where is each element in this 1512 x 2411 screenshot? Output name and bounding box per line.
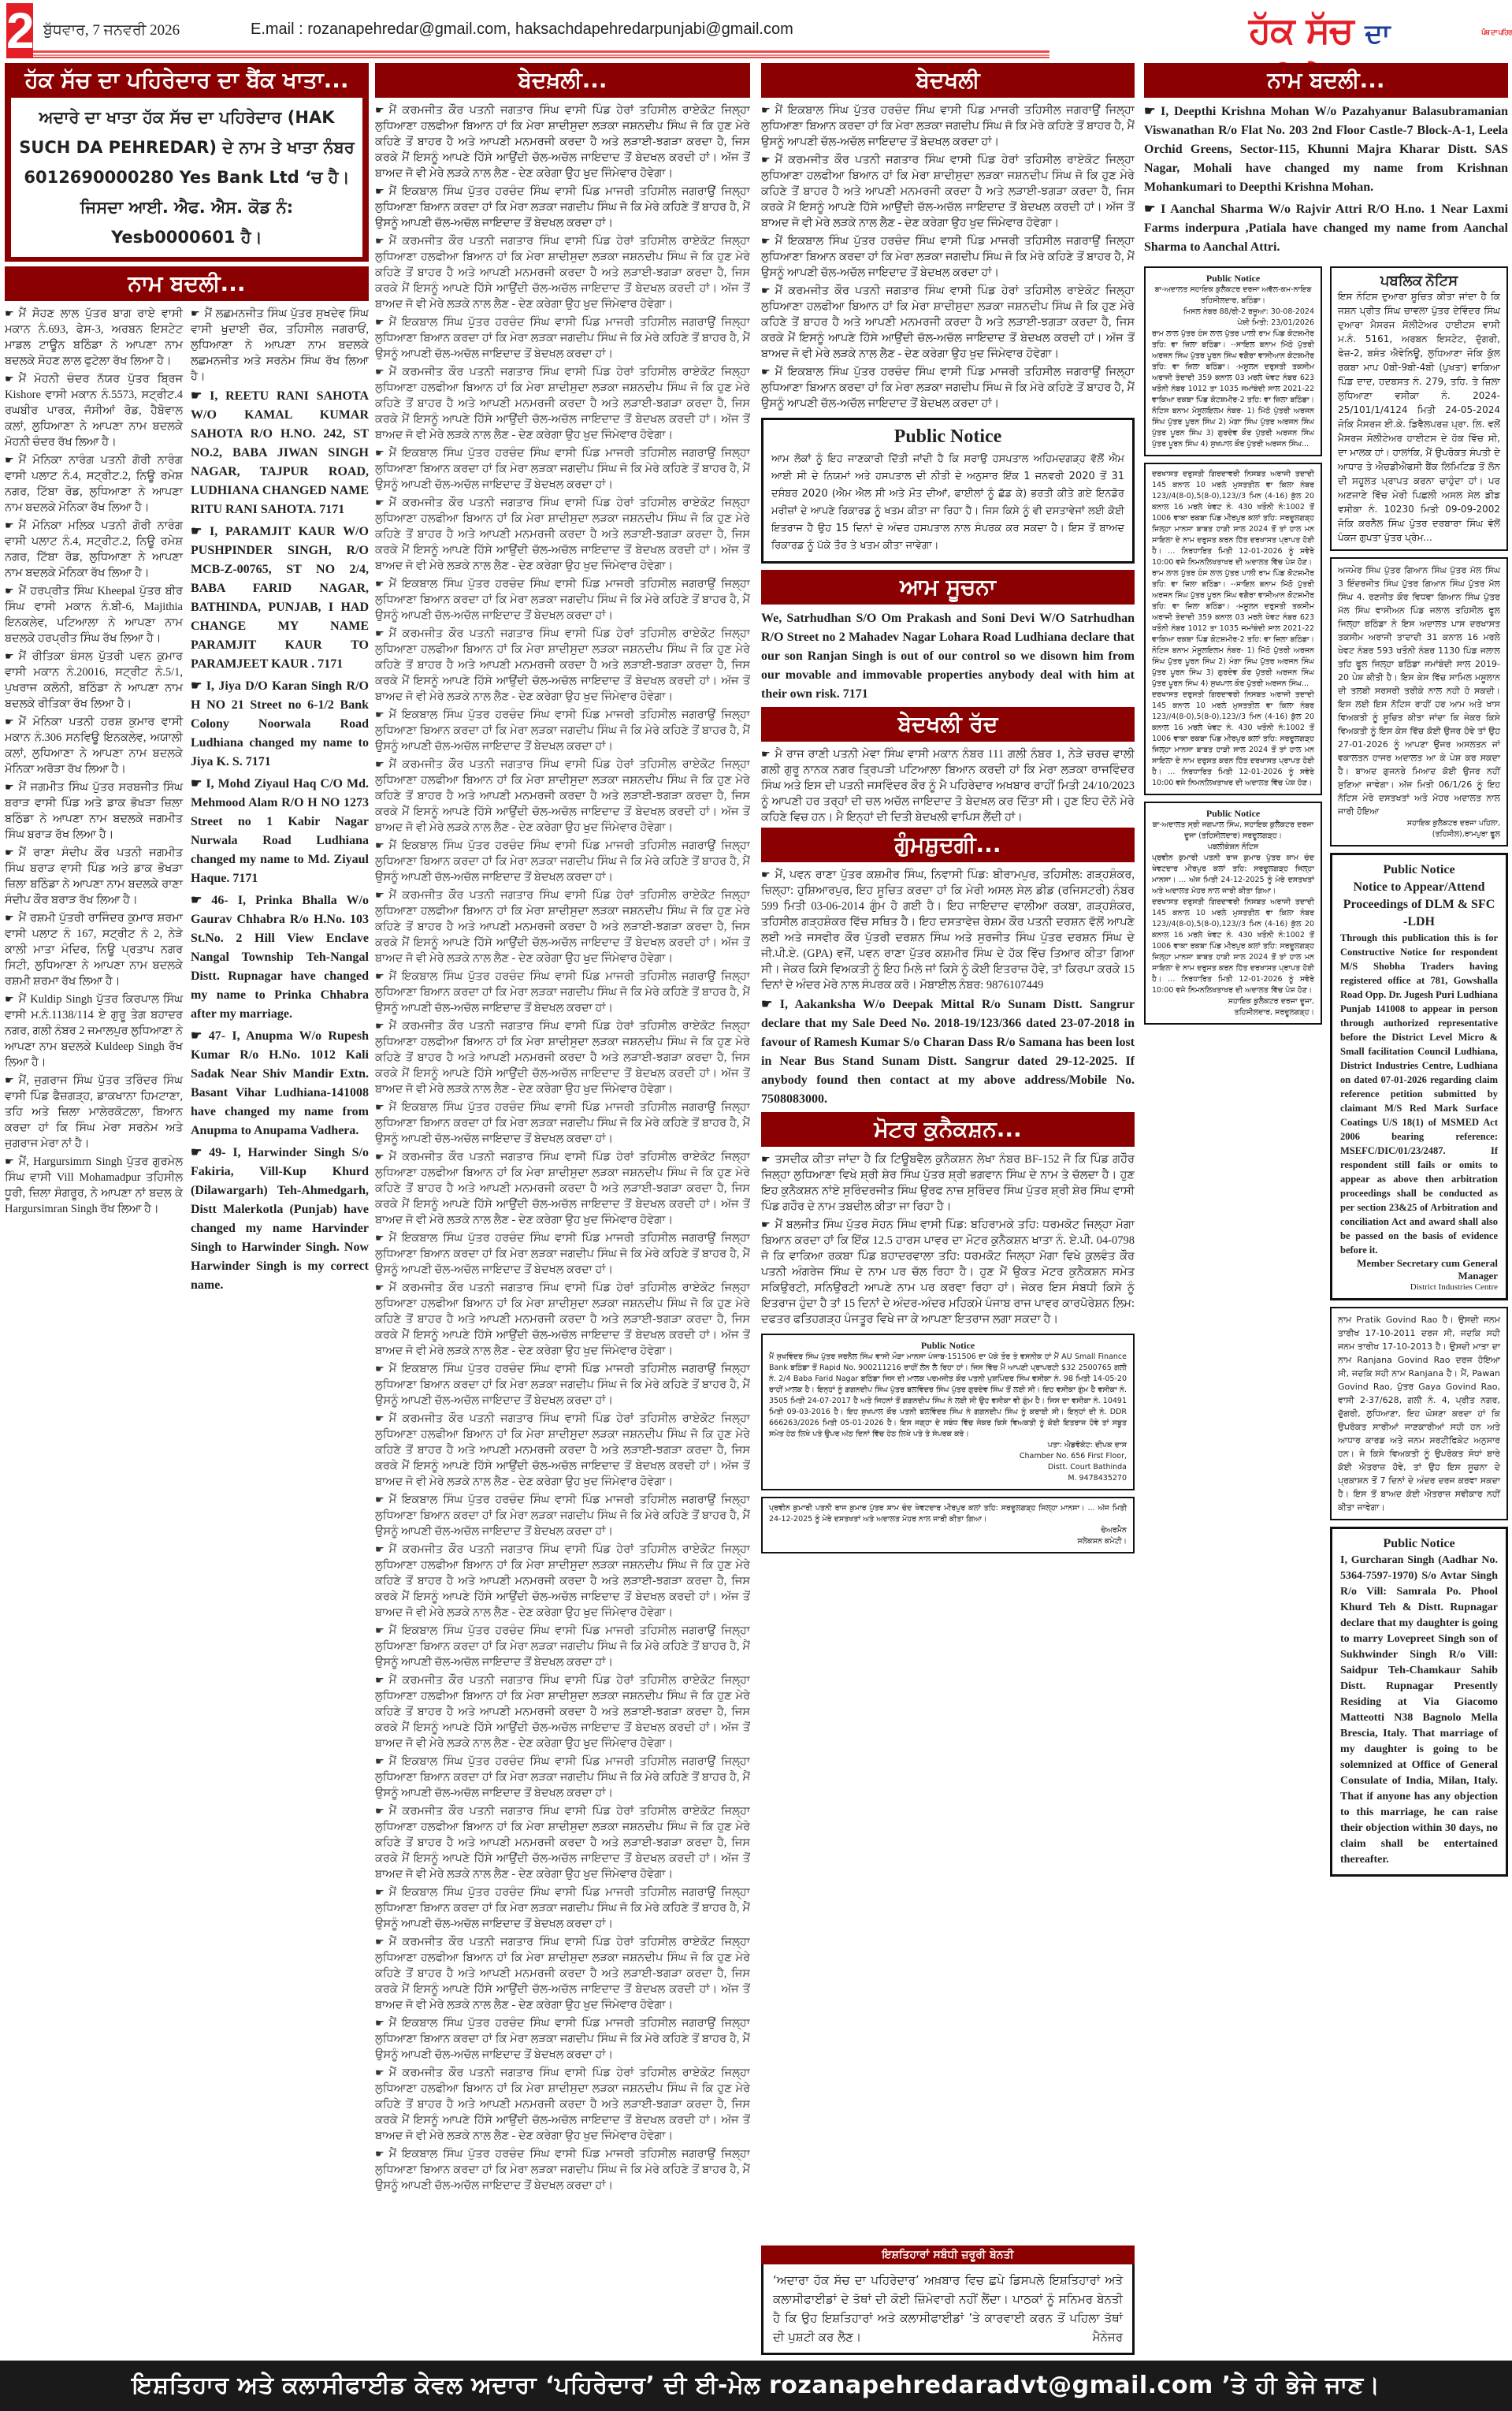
notice-title: Public Notice [1152,808,1314,820]
pointing-hand-icon: ☛ [5,781,14,793]
pointing-hand-icon: ☛ [1144,105,1155,118]
contact-emails: E.mail : rozanapehredar@gmail.com, haksa… [251,20,793,39]
notice-body: ਰਾਮ ਲਾਲ ਪੁੱਤਰ ਹੰਸ ਲਾਲ ਪੁੱਤਰ ਪਾਲੀ ਰਾਮ ਪਿੰ… [1152,329,1314,450]
notice-court: ਬਾ-ਅਦਾਲਤ ਸ੍ਰੀ ਜਗਪਾਲ ਸਿੰਘ, ਸਹਾਇਕ ਕੁਲੈਕਟਰ … [1152,820,1314,842]
pointing-hand-icon: ☛ [761,869,771,880]
list-item: ☛ਮੈਂ ਕਰਮਜੀਤ ਕੌਰ ਪਤਨੀ ਜਗਤਾਰ ਸਿੰਘ ਵਾਸੀ ਪਿੰ… [375,1803,750,1882]
bank-heading: ਹੱਕ ਸੱਚ ਦਾ ਪਹਿਰੇਦਾਰ ਦਾ ਬੈਂਕ ਖਾਤਾ... [5,63,369,98]
list-item: ☛ਮੈਂ ਇਕਬਾਲ ਸਿੰਘ ਪੁੱਤਰ ਹਰਚੰਦ ਸਿੰਘ ਵਾਸੀ ਪਿ… [375,1099,750,1147]
pointing-hand-icon: ☛ [375,839,385,851]
column-notices: ਬੇਦਖਲੀ ☛ਮੈਂ ਇਕਬਾਲ ਸਿੰਘ ਪੁੱਤਰ ਹਰਚੰਦ ਸਿੰਘ … [761,63,1135,2355]
list-item: ☛ਮੈਂ, Hargursimrn Singh ਪੁੱਤਰ ਗੁਰਮੇਲ ਸਿੰ… [5,1154,183,1217]
pointing-hand-icon: ☛ [5,1155,14,1167]
notice-title: Public Notice [1152,273,1314,285]
court-notice-rampura: ਅਜਮੇਰ ਸਿੰਘ ਪੁੱਤਰ ਗਿਆਨ ਸਿੰਘ ਪੁੱਤਰ ਮੱਲ ਸਿੰ… [1330,557,1508,846]
bank-account-box: ਹੱਕ ਸੱਚ ਦਾ ਪਹਿਰੇਦਾਰ ਦਾ ਬੈਂਕ ਖਾਤਾ... ਅਦਾਰ… [5,63,369,262]
name-change-list: ☛ਮੈਂ ਸੋਹਣ ਲਾਲ ਪੁੱਤਰ ਬਾਗ ਰਾਏ ਵਾਸੀ ਮਕਾਨ ਨੰ… [5,306,369,1298]
list-item: ☛ਮੈਂ ਇਕਬਾਲ ਸਿੰਘ ਪੁੱਤਰ ਹਰਚੰਦ ਸਿੰਘ ਵਾਸੀ ਪਿ… [375,1361,750,1408]
list-item: ☛ I, Jiya D/O Karan Singh R/O H NO 21 St… [191,677,369,772]
notice-address-label: ਪਤਾ: ਐਡਵੋਕੇਟ: ਦੀਪਕ ਦਾਸ [769,1440,1127,1451]
notices-grid: Public Notice ਬਾ-ਅਦਾਲਤ ਸਹਾਇਕ ਕੁਲੈਕਟਰ ਦਰਜ… [1144,260,1508,1883]
general-notice-heading: ਆਮ ਸੂਚਨਾ [761,570,1135,605]
court-notice-sardulgarh: Public Notice ਬਾ-ਅਦਾਲਤ ਸ੍ਰੀ ਜਗਪਾਲ ਸਿੰਘ, … [1144,802,1322,1025]
list-item: ☛ਮੈਂ ਮੋਨਿਕਾ ਨਾਰੰਗ ਪਤਨੀ ਗੋਰੀ ਨਾਰੰਗ ਵਾਸੀ ਪ… [5,452,183,515]
list-item: ☛ਮੈਂ ਕਰਮਜੀਤ ਕੌਰ ਪਤਨੀ ਜਗਤਾਰ ਸਿੰਘ ਵਾਸੀ ਪਿੰ… [375,2065,750,2144]
list-item: ☛ਮੈ ਰਾਜ ਰਾਣੀ ਪਤਨੀ ਮੇਵਾ ਸਿੰਘ ਵਾਸੀ ਮਕਾਨ ਨੰ… [761,746,1135,825]
pointing-hand-icon: ☛ [375,2148,385,2160]
pointing-hand-icon: ☛ [5,846,14,858]
name-change-heading: ਨਾਮ ਬਦਲੀ... [5,266,369,301]
list-item: ☛ਮੈਂ ਇਕਬਾਲ ਸਿੰਘ ਪੁੱਤਰ ਹਰਚੰਦ ਸਿੰਘ ਵਾਸੀ ਪਿ… [375,707,750,754]
pointing-hand-icon: ☛ [191,389,202,403]
pointing-hand-icon: ☛ [375,578,385,590]
disownment-heading-2: ਬੇਦਖਲੀ [761,63,1135,98]
pointing-hand-icon: ☛ [375,316,385,328]
pointing-hand-icon: ☛ [761,748,771,760]
pointing-hand-icon: ☛ [375,1151,385,1163]
list-item: ☛ਮੈਂ ਕਰਮਜੀਤ ਕੌਰ ਪਤਨੀ ਜਗਤਾਰ ਸਿੰਘ ਵਾਸੀ ਪਿੰ… [375,1672,750,1751]
list-item: ☛ਮੈਂ ਕਰਮਜੀਤ ਕੌਰ ਪਤਨੀ ਜਗਤਾਰ ਸਿੰਘ ਵਾਸੀ ਪਿੰ… [375,626,750,705]
notice-title-3: Proceedings of DLM & SFC -LDH [1340,896,1498,931]
notice-title-1: Public Notice [1340,861,1498,879]
issue-date: ਬੁੱਧਵਾਰ, 7 ਜਨਵਰੀ 2026 [43,22,180,39]
pointing-hand-icon: ☛ [191,894,202,907]
name-change-heading-2: ਨਾਮ ਬਦਲੀ... [1144,63,1508,98]
list-item: ☛ਮੈਂ ਕਰਮਜੀਤ ਕੌਰ ਪਤਨੀ ਜਗਤਾਰ ਸਿੰਘ ਵਾਸੀ ਪਿੰ… [375,1149,750,1228]
marriage-public-notice: Public Notice I, Gurcharan Singh (Aadhar… [1330,1527,1508,1877]
pointing-hand-icon: ☛ [761,366,771,378]
notice-sign-2: (ਤਹਿਸੀਲ),ਰਾਮਪੁਰਾ ਫੂਲ [1338,829,1500,840]
pointing-hand-icon: ☛ [1144,203,1155,216]
pointing-hand-icon: ☛ [761,104,771,116]
notices-right: ਪਬਲਿਕ ਨੋਟਿਸ ਇਸ ਨੋਟਿਸ ਦੁਆਰਾ ਸੂਚਿਤ ਕੀਤਾ ਜਾ… [1330,260,1508,1883]
logo-text-1: ਹੱਕ ਸੱਚ [1249,9,1353,51]
list-item: ☛ I, PARAMJIT KAUR W/O PUSHPINDER SINGH,… [191,523,369,674]
pointing-hand-icon: ☛ [375,627,385,639]
pointing-hand-icon: ☛ [191,1029,202,1043]
list-item: ☛ਮੈਂ ਸੋਹਣ ਲਾਲ ਪੁੱਤਰ ਬਾਗ ਰਾਏ ਵਾਸੀ ਮਕਾਨ ਨੰ… [5,306,183,369]
list-item: ☛ਮੈਂ ਕਰਮਜੀਤ ਕੌਰ ਪਤਨੀ ਜਗਤਾਰ ਸਿੰਘ ਵਾਸੀ ਪਿੰ… [375,102,750,181]
pointing-hand-icon: ☛ [761,1219,771,1230]
disownment-heading: ਬੇਦਖ਼ਲੀ... [375,63,750,98]
pointing-hand-icon: ☛ [5,307,14,319]
pointing-hand-icon: ☛ [761,1153,771,1165]
disclaimer-box: ਇਸ਼ਤਿਹਾਰਾਂ ਸਬੰਧੀ ਜ਼ਰੂਰੀ ਬੇਨਤੀ ‘ਅਦਾਰਾ ਹੱਕ… [761,2245,1135,2355]
notice-next-date: ਪੇਸ਼ੀ ਮਿਤੀ: 23/01/2026 [1152,318,1314,329]
notice-body: ਪ੍ਰਵੀਨ ਕੁਮਾਰੀ ਪਤਨੀ ਰਾਜ ਕੁਮਾਰ ਪੁੱਤਰ ਸ਼ਾਮ … [769,1503,1127,1525]
notice-body: Through this publication this is for Con… [1340,931,1498,1257]
pointing-hand-icon: ☛ [191,679,202,693]
court-notice-bathinda: Public Notice ਬਾ-ਅਦਾਲਤ ਸਹਾਇਕ ਕੁਲੈਕਟਰ ਦਰਜ… [1144,266,1322,456]
list-item: ☛ਮੈਂ ਇਕਬਾਲ ਸਿੰਘ ਪੁੱਤਰ ਹਰਚੰਦ ਸਿੰਘ ਵਾਸੀ ਪਿ… [375,2015,750,2063]
list-item: ☛ਮੈਂ ਕਰਮਜੀਤ ਕੌਰ ਪਤਨੀ ਜਗਤਾਰ ਸਿੰਘ ਵਾਸੀ ਪਿੰ… [375,1934,750,2013]
notice-case-no: ਮਿਸਲ ਨੰਬਰ 88/ਰੀ-2 ਰਜੂਆ: 30-08-2024 [1152,307,1314,318]
pointing-hand-icon: ☛ [5,716,14,727]
page-number: 2 [6,3,33,58]
notices-left: Public Notice ਬਾ-ਅਦਾਲਤ ਸਹਾਇਕ ਕੁਲੈਕਟਰ ਦਰਜ… [1144,260,1322,1883]
disclaimer-heading: ਇਸ਼ਤਿਹਾਰਾਂ ਸਬੰਧੀ ਜ਼ਰੂਰੀ ਬੇਨਤੀ [761,2245,1135,2264]
bank-account-number: 6012690000280 Yes Bank Ltd ‘ਚ ਹੈ। [17,162,356,192]
pointing-hand-icon: ☛ [375,1494,385,1505]
notice-sign-2: ਤਹਿਸੀਲਦਾਰ, ਸਰਦੂਲਗੜ੍ਹ। [1152,1007,1314,1018]
lost-document-heading: ਗੁੰਮਸ਼ੁਦਗੀ... [761,828,1135,862]
list-item: ☛ਮੈਂ ਕਰਮਜੀਤ ਕੌਰ ਪਤਨੀ ਜਗਤਾਰ ਸਿੰਘ ਵਾਸੀ ਪਿੰ… [375,1542,750,1620]
list-item: ☛ I, REETU RANI SAHOTA W/O KAMAL KUMAR S… [191,387,369,519]
pointing-hand-icon: ☛ [191,777,202,791]
pointing-hand-icon: ☛ [375,104,385,116]
pointing-hand-icon: ☛ [191,525,202,538]
list-item: ☛ਮੈਂ ਰਸ਼ਮੀ ਪੁੱਤਰੀ ਰਾਜਿੰਦਰ ਕੁਮਾਰ ਸ਼ਰਮਾ ਵਾ… [5,910,183,989]
bank-loan-public-notice: Public Notice ਮੈਂ ਸੁਖਵਿੰਦਰ ਸਿੰਘ ਪੁੱਤਰ ਜਰ… [761,1334,1135,1490]
list-item: ☛ਮੈਂ ਕਰਮਜੀਤ ਕੌਰ ਪਤਨੀ ਜਗਤਾਰ ਸਿੰਘ ਵਾਸੀ ਪਿੰ… [375,233,750,312]
pointing-hand-icon: ☛ [375,758,385,770]
column-bank-and-name-change: ਹੱਕ ਸੱਚ ਦਾ ਪਹਿਰੇਦਾਰ ਦਾ ਬੈਂਕ ਖਾਤਾ... ਅਦਾਰ… [5,63,369,2355]
punjabi-public-notice: ਪਬਲਿਕ ਨੋਟਿਸ ਇਸ ਨੋਟਿਸ ਦੁਆਰਾ ਸੂਚਿਤ ਕੀਤਾ ਜਾ… [1330,266,1508,551]
list-item: ☛ਮੈਂ ਬਲਜੀਤ ਸਿੰਘ ਪੁੱਤਰ ਸੋਹਨ ਸਿੰਘ ਵਾਸੀ ਪਿੰ… [761,1217,1135,1327]
pointing-hand-icon: ☛ [375,1412,385,1424]
list-item: ☛ਮੈਂ ਇਕਬਾਲ ਸਿੰਘ ਪੁੱਤਰ ਹਰਚੰਦ ਸਿੰਘ ਵਾਸੀ ਪਿ… [761,364,1135,411]
list-item: ☛ I, Deepthi Krishna Mohan W/o Pazahyanu… [1144,102,1508,197]
list-item: ☛ਮੈਂ ਕਰਮਜੀਤ ਕੌਰ ਪਤਨੀ ਜਗਤਾਰ ਸਿੰਘ ਵਾਸੀ ਪਿੰ… [375,495,750,574]
pointing-hand-icon: ☛ [375,1886,385,1898]
list-item: ☛ਮੈਂ ਇਕਬਾਲ ਸਿੰਘ ਪੁੱਤਰ ਹਰਚੰਦ ਸਿੰਘ ਵਾਸੀ ਪਿ… [761,102,1135,150]
court-notice-mirpur: ਦਰਖਾਸਤ ਦਰੁਸਤੀ ਗਿਰਦਾਵਰੀ ਨਿਸਬਤ ਅਰਾਜੀ ਤਦਾਦੀ… [1144,463,1322,795]
pointing-hand-icon: ☛ [375,1624,385,1636]
list-item: ☛ਮੈਂ ਇਕਬਾਲ ਸਿੰਘ ਪੁੱਤਰ ਹਰਚੰਦ ਸਿੰਘ ਵਾਸੀ ਪਿ… [375,184,750,231]
bank-ifsc: ਜਿਸਦਾ ਆਈ. ਐਫ. ਐਸ. ਕੋਡ ਨੰ: Yesb0000601 ਹੈ… [17,192,356,252]
list-item: ☛ਮੈਂ ਇਕਬਾਲ ਸਿੰਘ ਪੁੱਤਰ ਹਰਚੰਦ ਸਿੰਘ ਵਾਸੀ ਪਿ… [761,233,1135,281]
notice-body-cont: ਦਰਖਾਸਤ ਦਰੁਸਤੀ ਗਿਰਦਾਵਰੀ ਨਿਸਬਤ ਅਰਾਜੀ ਤਦਾਦੀ… [1152,897,1314,996]
notice-body: ਆਮ ਲੋਕਾਂ ਨੂੰ ਇਹ ਜਾਣਕਾਰੀ ਦਿੱਤੀ ਜਾਂਦੀ ਹੈ ਕ… [771,451,1124,555]
notice-sign-1: Member Secretary cum General Manager [1340,1257,1498,1282]
list-item: ☛ਮੈਂ ਇਕਬਾਲ ਸਿੰਘ ਪੁੱਤਰ ਹਰਚੰਦ ਸਿੰਘ ਵਾਸੀ ਪਿ… [375,1623,750,1670]
dlm-public-notice: Public Notice Notice to Appear/Attend Pr… [1330,853,1508,1300]
notice-title: Public Notice [771,426,1124,448]
pointing-hand-icon: ☛ [375,235,385,247]
list-item: ☛ਮੈਂ ਲਛਮਨਜੀਤ ਸਿੰਘ ਪੁੱਤਰ ਸੁਖਦੇਵ ਸਿੰਘ ਵਾਸੀ… [191,306,369,385]
pointing-hand-icon: ☛ [761,154,771,166]
list-item: ☛ਮੈਂ ਜਗਮੀਤ ਸਿੰਘ ਪੁੱਤਰ ਸਰਬਜੀਤ ਸਿੰਘ ਬਰਾੜ ਵ… [5,779,183,843]
notice-body-cont-2: ਦਰਖਾਸਤ ਦਰੁਸਤੀ ਗਿਰਦਾਵਰੀ ਨਿਸਬਤ ਅਰਾਜੀ ਤਦਾਦੀ… [1152,690,1314,789]
list-item: ☛ਮੈਂ ਇਕਬਾਲ ਸਿੰਘ ਪੁੱਤਰ ਹਰਚੰਦ ਸਿੰਘ ਵਾਸੀ ਪਿ… [375,314,750,362]
pointing-hand-icon: ☛ [375,1755,385,1767]
disownment-cancelled-heading: ਬੇਦਖਲੀ ਰੱਦ [761,707,1135,742]
pointing-hand-icon: ☛ [375,1543,385,1555]
notice-title: Public Notice [1340,1535,1498,1553]
committee-notice: ਪ੍ਰਵੀਨ ਕੁਮਾਰੀ ਪਤਨੀ ਰਾਜ ਕੁਮਾਰ ਪੁੱਤਰ ਸ਼ਾਮ … [761,1497,1135,1553]
pointing-hand-icon: ☛ [5,912,14,924]
pointing-hand-icon: ☛ [761,998,772,1011]
pointing-hand-icon: ☛ [375,709,385,720]
birth-correction-notice: ਨਾਮ Pratik Govind Rao ਹੈ। ਉਸਦੀ ਜਨਮ ਤਾਰੀਖ… [1330,1307,1508,1520]
general-notice-text: We, Satrhudhan S/O Om Prakash and Soni D… [761,609,1135,704]
pointing-hand-icon: ☛ [375,366,385,378]
list-item: ☛ਮੈਂ ਇਕਬਾਲ ਸਿੰਘ ਪੁੱਤਰ ਹਰਚੰਦ ਸਿੰਘ ਵਾਸੀ ਪਿ… [375,2146,750,2193]
notice-title: ਪਬਲਿਕ ਨੋਟਿਸ [1338,273,1500,289]
notice-subtitle: ਪਬਲੀਕੇਸ਼ਨ ਨੋਟਿਸ [1152,842,1314,853]
notice-body: ਅਜਮੇਰ ਸਿੰਘ ਪੁੱਤਰ ਗਿਆਨ ਸਿੰਘ ਪੁੱਤਰ ਮੱਲ ਸਿੰ… [1338,564,1500,818]
bank-text-1: ਅਦਾਰੇ ਦਾ ਖਾਤਾ ਹੱਕ ਸੱਚ ਦਾ ਪਹਿਰੇਦਾਰ (HAK S… [17,102,356,162]
list-item: ☛ਮੈਂ, ਜੁਗਰਾਜ ਸਿੰਘ ਪੁੱਤਰ ਤਰਿੰਦਰ ਸਿੰਘ ਵਾਸੀ… [5,1073,183,1152]
pointing-hand-icon: ☛ [761,235,771,247]
list-item: ☛ਮੈਂ ਇਕਬਾਲ ਸਿੰਘ ਪੁੱਤਰ ਹਰਚੰਦ ਸਿੰਘ ਵਾਸੀ ਪਿ… [375,445,750,493]
list-item: ☛ਮੈਂ ਰੀਤਿਕਾ ਬੰਸਲ ਪੁੱਤਰੀ ਪਵਨ ਕੁਮਾਰ ਵਾਸੀ ਮ… [5,649,183,712]
pointing-hand-icon: ☛ [375,497,385,508]
list-item: ☛ਮੈਂ ਕਰਮਜੀਤ ਕੌਰ ਪਤਨੀ ਜਗਤਾਰ ਸਿੰਘ ਵਾਸੀ ਪਿੰ… [761,283,1135,362]
pointing-hand-icon: ☛ [375,185,385,197]
pointing-hand-icon: ☛ [375,1936,385,1948]
pointing-hand-icon: ☛ [375,447,385,459]
list-item: ☛ਮੈਂ ਕਰਮਜੀਤ ਕੌਰ ਪਤਨੀ ਜਗਤਾਰ ਸਿੰਘ ਵਾਸੀ ਪਿੰ… [375,1280,750,1359]
name-change-right: ☛ਮੈਂ ਲਛਮਨਜੀਤ ਸਿੰਘ ਪੁੱਤਰ ਸੁਖਦੇਵ ਸਿੰਘ ਵਾਸੀ… [191,306,369,1298]
pointing-hand-icon: ☛ [5,1074,14,1086]
list-item: ☛ਮੈਂ ਇਕਬਾਲ ਸਿੰਘ ਪੁੱਤਰ ਹਰਚੰਦ ਸਿੰਘ ਵਾਸੀ ਪਿ… [375,1492,750,1539]
pointing-hand-icon: ☛ [191,307,200,319]
notice-body: ਨਾਮ Pratik Govind Rao ਹੈ। ਉਸਦੀ ਜਨਮ ਤਾਰੀਖ… [1338,1313,1500,1514]
notice-body: ਮੈਂ ਸੁਖਵਿੰਦਰ ਸਿੰਘ ਪੁੱਤਰ ਜਰਨੈਲ ਸਿੰਘ ਵਾਸੀ … [769,1352,1127,1440]
list-item: ☛ਮੈਂ ਕਰਮਜੀਤ ਕੌਰ ਪਤਨੀ ਜਗਤਾਰ ਸਿੰਘ ਵਾਸੀ ਪਿੰ… [375,757,750,835]
bank-details: ਅਦਾਰੇ ਦਾ ਖਾਤਾ ਹੱਕ ਸੱਚ ਦਾ ਪਹਿਰੇਦਾਰ (HAK S… [11,98,362,257]
list-item: ☛ਮੈਂ ਇਕਬਾਲ ਸਿੰਘ ਪੁੱਤਰ ਹਰਚੰਦ ਸਿੰਘ ਵਾਸੀ ਪਿ… [375,576,750,623]
pointing-hand-icon: ☛ [191,1146,202,1159]
pointing-hand-icon: ☛ [375,889,385,901]
motor-connection-heading: ਮੋਟਰ ਕੁਨੈਕਸ਼ਨ... [761,1112,1135,1147]
pointing-hand-icon: ☛ [761,285,771,296]
notice-title: Public Notice [769,1340,1127,1352]
pointing-hand-icon: ☛ [5,993,14,1005]
pointing-hand-icon: ☛ [375,970,385,982]
pointing-hand-icon: ☛ [5,373,14,385]
notice-sign-2: District Industries Centre [1340,1282,1498,1292]
notice-body-cont: ਰਾਮ ਲਾਲ ਪੁੱਤਰ ਹੰਸ ਲਾਲ ਪੁੱਤਰ ਪਾਲੀ ਰਾਮ ਪਿੰ… [1152,568,1314,690]
list-item: ☛ਮੈਂ ਮੋਨਿਕਾ ਮਲਿਕ ਪਤਨੀ ਗੋਰੀ ਨਾਰੰਗ ਵਾਸੀ ਪਲ… [5,518,183,581]
column-disownment: ਬੇਦਖ਼ਲੀ... ☛ਮੈਂ ਕਰਮਜੀਤ ਕੌਰ ਪਤਨੀ ਜਗਤਾਰ ਸਿ… [375,63,750,2355]
pointing-hand-icon: ☛ [375,2067,385,2078]
notice-body: I, Gurcharan Singh (Aadhar No. 5364-7597… [1340,1553,1498,1868]
list-item: ☛ਮੈਂ Kuldip Singh ਪੁੱਤਰ ਕਿਰਪਾਲ ਸਿੰਘ ਵਾਸੀ… [5,992,183,1070]
hospital-public-notice: Public Notice ਆਮ ਲੋਕਾਂ ਨੂੰ ਇਹ ਜਾਣਕਾਰੀ ਦਿ… [761,418,1135,564]
notice-sign-1: ਸਹਾਇਕ ਕੁਲੈਕਟਰ ਦਰਜਾ ਪਹਿਲਾ, [1338,818,1500,829]
list-item: ☛ I Aanchal Sharma W/o Rajvir Attri R/O … [1144,200,1508,257]
pointing-hand-icon: ☛ [5,585,14,597]
list-item: ☛ਮੈਂ ਹਰਪ੍ਰੀਤ ਸਿੰਘ Kheepal ਪੁੱਤਰ ਬੀਰ ਸਿੰਘ… [5,583,183,646]
list-item: ☛ਮੈਂ ਇਕਬਾਲ ਸਿੰਘ ਪੁੱਤਰ ਹਰਚੰਦ ਸਿੰਘ ਵਾਸੀ ਪਿ… [375,838,750,885]
list-item: ☛ਮੈਂ ਇਕਬਾਲ ਸਿੰਘ ਪੁੱਤਰ ਹਰਚੰਦ ਸਿੰਘ ਵਾਸੀ ਪਿ… [375,969,750,1016]
notice-body: ਇਸ ਨੋਟਿਸ ਦੁਆਰਾ ਸੂਚਿਤ ਕੀਤਾ ਜਾਂਦਾ ਹੈ ਕਿ ਜਸ… [1338,289,1500,545]
notice-body: ਦਰਖਾਸਤ ਦਰੁਸਤੀ ਗਿਰਦਾਵਰੀ ਨਿਸਬਤ ਅਰਾਜੀ ਤਦਾਦੀ… [1152,469,1314,568]
list-item: ☛ਮੈਂ ਇਕਬਾਲ ਸਿੰਘ ਪੁੱਤਰ ਹਰਚੰਦ ਸਿੰਘ ਵਾਸੀ ਪਿ… [375,1885,750,1932]
pointing-hand-icon: ☛ [375,1674,385,1686]
list-item: ☛ I, Mohd Ziyaul Haq C/O Md. Mehmood Ala… [191,775,369,888]
list-item: ☛ਮੈਂ ਕਰਮਜੀਤ ਕੌਰ ਪਤਨੀ ਜਗਤਾਰ ਸਿੰਘ ਵਾਸੀ ਪਿੰ… [375,887,750,966]
pointing-hand-icon: ☛ [375,1282,385,1293]
list-item: ☛ਮੈਂ ਕਰਮਜੀਤ ਕੌਰ ਪਤਨੀ ਜਗਤਾਰ ਸਿੰਘ ਵਾਸੀ ਪਿੰ… [375,364,750,443]
notice-court: ਬਾ-ਅਦਾਲਤ ਸਹਾਇਕ ਕੁਲੈਕਟਰ ਦਰਜਾ ਅਵੱਲ-ਕਮ-ਨਾਇਬ… [1152,285,1314,307]
pointing-hand-icon: ☛ [375,1363,385,1375]
footer-ad-email-banner: ਇਸ਼ਤਿਹਾਰ ਅਤੇ ਕਲਾਸੀਫਾਈਡ ਕੇਵਲ ਅਦਾਰਾ ‘ਪਹਿਰੇ… [0,2361,1512,2411]
pointing-hand-icon: ☛ [375,1232,385,1244]
column-name-change-english: ਨਾਮ ਬਦਲੀ... ☛ I, Deepthi Krishna Mohan W… [1144,63,1508,2355]
notice-sign-1: ਸਹਾਇਕ ਕੁਲੈਕਟਰ ਦਰਜਾ ਦੂਜਾ, [1152,996,1314,1007]
masthead-rule [33,50,1049,58]
list-item: ☛ਮੈਂ ਮੋਹਨੀ ਚੰਦਰ ਨੱਯਰ ਪੁੱਤਰ ਬ੍ਰਿਜ Kishore… [5,371,183,450]
notice-address-1: Chamber No. 656 First Floor, [769,1451,1127,1462]
name-change-left: ☛ਮੈਂ ਸੋਹਣ ਲਾਲ ਪੁੱਤਰ ਬਾਗ ਰਾਏ ਵਾਸੀ ਮਕਾਨ ਨੰ… [5,306,183,1298]
list-item: ☛ 49- I, Harwinder Singh S/o Fakiria, Vi… [191,1144,369,1295]
list-item: ☛ਮੈਂ ਇਕਬਾਲ ਸਿੰਘ ਪੁੱਤਰ ਹਰਚੰਦ ਸਿੰਘ ਵਾਸੀ ਪਿ… [375,1754,750,1801]
list-item: ☛ 46- I, Prinka Bhalla W/o Gaurav Chhabr… [191,891,369,1024]
list-item: ☛ਮੈਂ ਰਾਣਾ ਸੰਦੀਪ ਕੌਰ ਪਤਨੀ ਜਗਮੀਤ ਸਿੰਘ ਬਰਾੜ… [5,845,183,908]
disownment-more-items: ☛ਮੈਂ ਕਰਮਜੀਤ ਕੌਰ ਪਤਨੀ ਜਗਤਾਰ ਸਿੰਘ ਵਾਸੀ ਪਿੰ… [375,233,750,2193]
notice-title-2: Notice to Appear/Attend [1340,879,1498,896]
disclaimer-text: ‘ਅਦਾਰਾ ਹੱਕ ਸੱਚ ਦਾ ਪਹਿਰੇਦਾਰ’ ਅਖ਼ਬਾਰ ਵਿਚ ਛ… [761,2264,1135,2355]
disclaimer-signature: ਮੈਨੇਜਰ [1093,2327,1123,2346]
committee-sign-1: ਚੇਅਰਮੈਨ [769,1525,1127,1536]
list-item: ☛ਮੈਂ ਕਰਮਜੀਤ ਕੌਰ ਪਤਨੀ ਜਗਤਾਰ ਸਿੰਘ ਵਾਸੀ ਪਿੰ… [375,1018,750,1097]
pointing-hand-icon: ☛ [375,1101,385,1113]
list-item: ☛ਮੈਂ ਕਰਮਜੀਤ ਕੌਰ ਪਤਨੀ ਜਗਤਾਰ ਸਿੰਘ ਵਾਸੀ ਪਿੰ… [761,152,1135,231]
list-item: ☛ 47- I, Anupma W/o Rupesh Kumar R/o H.N… [191,1027,369,1140]
notice-mobile: M. 9478435270 [769,1473,1127,1484]
list-item: ☛ਮੈਂ, ਪਵਨ ਰਾਣਾ ਪੁੱਤਰ ਕਸ਼ਮੀਰ ਸਿੰਘ, ਨਿਵਾਸੀ… [761,867,1135,993]
notice-body: ਪ੍ਰਵੀਨ ਕੁਮਾਰੀ ਪਤਨੀ ਰਾਜ ਕੁਮਾਰ ਪੁੱਤਰ ਸ਼ਾਮ … [1152,853,1314,897]
pointing-hand-icon: ☛ [5,650,14,662]
list-item: ☛ਮੈਂ ਕਰਮਜੀਤ ਕੌਰ ਪਤਨੀ ਜਗਤਾਰ ਸਿੰਘ ਵਾਸੀ ਪਿੰ… [375,1411,750,1490]
logo-tagline: ਪੰਥ ਦਾ ਪਹਿਰਾ [1481,9,1512,57]
committee-sign-2: ਸਲੇਕਸ਼ਨ ਕਮੇਟੀ। [769,1536,1127,1547]
list-item: ☛ I, Aakanksha W/o Deepak Mittal R/o Sun… [761,995,1135,1109]
list-item: ☛ਮੈਂ ਇਕਬਾਲ ਸਿੰਘ ਪੁੱਤਰ ਹਰਚੰਦ ਸਿੰਘ ਵਾਸੀ ਪਿ… [375,1230,750,1278]
notice-address-2: Distt. Court Bathinda [769,1462,1127,1473]
logo-text-2: ਦਾ [1365,18,1389,50]
pointing-hand-icon: ☛ [5,519,14,531]
list-item: ☛ਤਸਦੀਕ ਕੀਤਾ ਜਾਂਦਾ ਹੈ ਕਿ ਟਿਊਬਵੈਲ ਕੁਨੈਕਸ਼ਨ… [761,1152,1135,1215]
list-item: ☛ਮੈਂ ਮੋਨਿਕਾ ਪਤਨੀ ਹਰਸ਼ ਕੁਮਾਰ ਵਾਸੀ ਮਕਾਨ ਨੰ… [5,714,183,777]
pointing-hand-icon: ☛ [5,454,14,466]
pointing-hand-icon: ☛ [375,1805,385,1817]
pointing-hand-icon: ☛ [375,1020,385,1032]
masthead: 2 ਬੁੱਧਵਾਰ, 7 ਜਨਵਰੀ 2026 E.mail : rozanap… [0,0,1512,61]
pointing-hand-icon: ☛ [375,2017,385,2029]
